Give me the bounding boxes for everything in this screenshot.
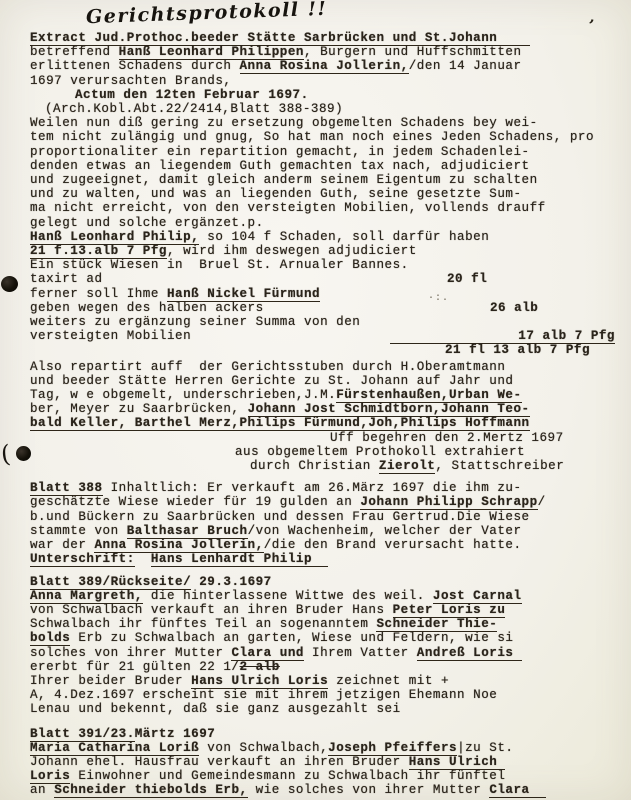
text-segment: denden etwas an liegendem Guth gemachten… (30, 159, 530, 173)
text-segment: stammte von (30, 524, 127, 538)
section-schaden-rechnung: Hanß Leonhard Philip, so 104 f Schaden, … (30, 230, 625, 358)
ink-blob-icon (16, 446, 31, 461)
document-line: Maria Catharina Loriß von Schwalbach,Jos… (30, 741, 625, 755)
text-segment: Schwalbach ihr fünftes Teil an sogenannt… (30, 617, 376, 631)
document-line: Blatt 388 Inhaltlich: Er verkauft am 26.… (30, 481, 625, 495)
text-segment: ber, Meyer zu Saarbrücken, (30, 402, 248, 416)
text-segment: Lenau und bekennt, daß sie ganz ausgezah… (30, 702, 401, 716)
ink-blob-icon (1, 276, 18, 292)
text-segment: Maria Catharina Loriß (30, 741, 199, 756)
document-line: versteigten Mobilien17 alb 7 Pfg (30, 329, 625, 343)
text-segment: weiters zu ergänzung seiner Summa von de… (30, 315, 360, 329)
document-line: und zu walten, und was an liegenden Guth… (30, 187, 625, 201)
text-segment: aus obgemeltem Prothokoll extrahiert (235, 445, 525, 459)
text-segment: Rückseite/ (111, 575, 192, 590)
handwritten-paren-mark: ( (0, 440, 12, 469)
text-segment: Anna Rosina Jollerin, (240, 59, 409, 74)
text-segment: Erb zu Schwalbach an garten, Wiese und F… (70, 631, 513, 645)
text-segment: , Stattschreiber (435, 459, 564, 473)
text-segment: tem nicht zulängig und gnug, So hat man … (30, 130, 594, 144)
document-line: bolds Erb zu Schwalbach an garten, Wiese… (30, 631, 625, 645)
text-segment: Anna Rosina Jollerin, (94, 538, 263, 553)
text-segment: Peter Loris zu (393, 603, 506, 618)
document-line: stammte von Balthasar Bruch/von Wachenhe… (30, 524, 625, 538)
text-segment: ferner soll Ihme (30, 287, 167, 301)
document-line: Unterschrift: Hans Lenhardt Philip (30, 552, 625, 566)
text-segment: Balthasar Bruch (127, 524, 248, 539)
text-segment: Tag, w e obgemelt, underschrieben,J.M. (30, 388, 336, 402)
document-line: ma nicht erreicht, von den versteigten M… (30, 201, 625, 215)
document-line: Extract Jud.Prothoc.beeder Stätte Sarbrü… (30, 31, 625, 45)
text-segment: Loris (30, 769, 70, 784)
text-segment: 1697 verursachten Brands, (30, 74, 231, 88)
document-line: bald Keller, Barthel Merz,Philips Fürmun… (30, 416, 625, 430)
document-line: ererbt für 21 gülten 22 1/2 alb (30, 660, 625, 674)
document-line: gelegt und solche ergänzet.p. (30, 216, 625, 230)
text-segment: bald Keller, Barthel Merz,Philips Fürmun… (30, 416, 530, 431)
document-line: denden etwas an liegendem Guth gemachten… (30, 159, 625, 173)
text-segment: / (538, 495, 546, 509)
document-line: b.und Bückern zu Saarbrücken und dessen … (30, 510, 625, 524)
handwritten-title: Gerichtsprotokoll !! (86, 0, 328, 28)
document-line: Weilen nun diß gering zu ersetzung obgem… (30, 116, 625, 130)
document-line: Blatt 389/Rückseite/ 29.3.1697 (30, 575, 625, 589)
text-segment: A, 4.Dez.1697 erscheint sie mit ihrem je… (30, 688, 497, 702)
text-segment: Jost Carnal (433, 589, 522, 604)
text-segment: Schneider Thie- (376, 617, 497, 632)
section-blatt-388: Blatt 388 Inhaltlich: Er verkauft am 26.… (30, 481, 625, 566)
text-segment (135, 552, 151, 566)
text-segment: Joseph Pfeiffers (328, 741, 457, 756)
document-line: 21 f.13.alb 7 Pfg, wird ihm deswegen adj… (30, 244, 625, 258)
document-line: geben wegen des halben ackers26 alb (30, 301, 625, 315)
text-segment: Einwohner und Gemeindesmann zu Schwalbac… (70, 769, 505, 783)
section-unterschriften: Also repartirt auff der Gerichtsstuben d… (30, 360, 625, 474)
text-segment: Hanß Leonhard Philippen (119, 45, 304, 60)
text-segment: geben wegen des halben ackers (30, 301, 264, 315)
section-blatt-391: Blatt 391/23.Märtz 1697Maria Catharina L… (30, 727, 625, 798)
text-segment: Uff begehren den 2.Mertz 1697 (330, 431, 564, 445)
text-segment: (Arch.Kobl.Abt.22/2414,Blatt 388-389) (45, 102, 343, 116)
document-line: und beeder Stätte Herren Gerichte zu St.… (30, 374, 625, 388)
text-segment: Johann ehel. Hausfrau verkauft an ihren … (30, 755, 409, 769)
text-segment: /den 14 Januar (409, 59, 522, 73)
document-line: Lenau und bekennt, daß sie ganz ausgezah… (30, 702, 625, 716)
document-line: Actum den 12ten Februar 1697. (30, 88, 625, 102)
document-line: geschätzte Wiese wieder für 19 gulden an… (30, 495, 625, 509)
text-segment: Zierolt (379, 459, 435, 474)
text-segment: Blatt 391/23. (30, 727, 135, 742)
text-segment: bolds (30, 631, 70, 646)
text-segment: betreffend (30, 45, 119, 59)
document-line: Schwalbach ihr fünftes Teil an sogenannt… (30, 617, 625, 631)
text-segment (513, 646, 521, 661)
text-segment: 29.3.1697 (199, 575, 272, 589)
document-line: war der Anna Rosina Jollerin,/die den Br… (30, 538, 625, 552)
document-line: Hanß Leonhard Philip, so 104 f Schaden, … (30, 230, 625, 244)
text-segment (497, 31, 529, 46)
document-line: durch Christian Zierolt, Stattschreiber (30, 459, 625, 473)
document-line: 1697 verursachten Brands, (30, 74, 625, 88)
text-segment: und zugeeignet, damit gleich anderm sein… (30, 173, 538, 187)
text-segment: Andreß Loris (417, 646, 514, 661)
text-segment: die hinterlassene Wittwe des weil. (143, 589, 433, 603)
text-segment: so 104 f Schaden, soll darfür haben (199, 230, 489, 244)
document-line: aus obgemeltem Prothokoll extrahiert (30, 445, 625, 459)
text-segment: Blatt 389/ (30, 575, 111, 590)
document-line: ber, Meyer zu Saarbrücken, Johann Jost S… (30, 402, 625, 416)
document-line: Loris Einwohner und Gemeindesmann zu Sch… (30, 769, 625, 783)
document-line: und zugeeignet, damit gleich anderm sein… (30, 173, 625, 187)
text-segment: geschätzte Wiese wieder für 19 gulden an (30, 495, 360, 509)
text-segment: Hans Lenhardt Philip (151, 552, 312, 567)
text-segment: Clara und (231, 646, 304, 661)
text-segment: b.und Bückern zu Saarbrücken und dessen … (30, 510, 530, 524)
document-page: Gerichtsprotokoll !! Extract Jud.Prothoc… (0, 0, 631, 800)
document-line: an Schneider thiebolds Erb, wie solches … (30, 783, 625, 797)
document-line: Johann ehel. Hausfrau verkauft an ihren … (30, 755, 625, 769)
text-segment: |zu St. (457, 741, 513, 755)
text-segment: versteigten Mobilien (30, 329, 191, 343)
document-line: Anna Margreth, die hinterlassene Wittwe … (30, 589, 625, 603)
text-segment (497, 755, 505, 770)
text-segment (530, 783, 546, 798)
text-segment: Extract Jud.Prothoc.beeder Stätte Sarbrü… (30, 31, 497, 46)
text-segment: Hanß Nickel Fürmund (167, 287, 320, 302)
text-segment: , wird ihm deswegen adjudiciert (167, 244, 417, 258)
text-segment (312, 552, 328, 567)
document-line: A, 4.Dez.1697 erscheint sie mit ihrem je… (30, 688, 625, 702)
text-segment: , Burgern und Huffschmitten (304, 45, 522, 59)
document-line: proportionaliter ein repartition gemacht… (30, 145, 625, 159)
text-segment: Hanß Leonhard Philip, (30, 230, 199, 245)
text-segment: erlittenen Schadens durch (30, 59, 240, 73)
document-line: betreffend Hanß Leonhard Philippen, Burg… (30, 45, 625, 59)
section-blatt-389-rueckseite: Blatt 389/Rückseite/ 29.3.1697Anna Margr… (30, 575, 625, 717)
text-segment: an (30, 783, 54, 797)
text-segment: zeichnet mit + (328, 674, 449, 688)
text-segment: Unterschrift: (30, 552, 135, 567)
document-line: von Schwalbach verkauft an ihren Bruder … (30, 603, 625, 617)
text-segment: Clara (489, 783, 529, 798)
text-segment: /die den Brand verursacht hatte. (264, 538, 522, 552)
text-segment: Actum den 12ten Februar 1697. (75, 88, 309, 102)
text-segment: Hans Ulrich Loris (191, 674, 328, 689)
text-segment: Märtz 1697 (135, 727, 216, 741)
document-line: solches von ihrer Mutter Clara und Ihrem… (30, 646, 625, 660)
document-line: Ein stück Wiesen in Bruel St. Arnualer B… (30, 258, 625, 272)
section-repartition-text: Weilen nun diß gering zu ersetzung obgem… (30, 116, 625, 230)
text-segment: proportionaliter ein repartition gemacht… (30, 145, 530, 159)
text-segment: von Schwalbach verkauft an ihren Bruder … (30, 603, 393, 617)
document-line: Blatt 391/23.Märtz 1697 (30, 727, 625, 741)
text-segment: Ihrem Vatter (304, 646, 417, 660)
text-segment: durch Christian (250, 459, 379, 473)
text-segment: Anna Margreth, (30, 589, 143, 604)
amount: 20 fl (447, 272, 487, 286)
text-segment: und zu walten, und was an liegenden Guth… (30, 187, 522, 201)
text-segment: Ihrer beider Bruder (30, 674, 191, 688)
amount: 21 fl 13 alb 7 Pfg (445, 343, 590, 357)
text-segment: Johann Philipp Schrapp (360, 495, 537, 510)
text-segment: Ein stück Wiesen in Bruel St. Arnualer B… (30, 258, 409, 272)
text-segment: Fürstenhaußen,Urban We- (336, 388, 521, 403)
text-segment: Inhaltlich: Er verkauft am 26.März 1697 … (103, 481, 522, 495)
amount: 26 alb (490, 301, 538, 315)
text-segment: 2 alb (240, 660, 280, 674)
document-line: Ihrer beider Bruder Hans Ulrich Loris ze… (30, 674, 625, 688)
text-segment: gelegt und solche ergänzet.p. (30, 216, 264, 230)
document-line: weiters zu ergänzung seiner Summa von de… (30, 315, 625, 329)
text-segment: ma nicht erreicht, von den versteigten M… (30, 201, 546, 215)
document-line: tem nicht zulängig und gnug, So hat man … (30, 130, 625, 144)
text-segment: Schneider thiebolds Erb, (54, 783, 247, 798)
document-line: (Arch.Kobl.Abt.22/2414,Blatt 388-389) (30, 102, 625, 116)
document-line: 21 fl 13 alb 7 Pfg (30, 343, 625, 357)
document-line: taxirt ad20 fl (30, 272, 625, 286)
text-segment: Also repartirt auff der Gerichtsstuben d… (30, 360, 505, 374)
text-segment (191, 575, 199, 589)
document-line: Uff begehren den 2.Mertz 1697 (30, 431, 625, 445)
text-segment: wie solches von ihrer Mutter (248, 783, 490, 797)
document-body: Extract Jud.Prothoc.beeder Stätte Sarbrü… (30, 31, 625, 798)
ink-smudge: ·:. (428, 293, 449, 304)
text-segment: ererbt für 21 gülten 22 1/ (30, 660, 240, 674)
document-line: erlittenen Schadens durch Anna Rosina Jo… (30, 59, 625, 73)
text-segment: solches von ihrer Mutter (30, 646, 231, 660)
text-segment: und beeder Stätte Herren Gerichte zu St.… (30, 374, 513, 388)
text-segment: /von Wachenheim, welcher der Vater (248, 524, 522, 538)
document-line: Also repartirt auff der Gerichtsstuben d… (30, 360, 625, 374)
text-segment: taxirt ad (30, 272, 103, 286)
text-segment: von Schwalbach, (199, 741, 328, 755)
text-segment: Weilen nun diß gering zu ersetzung obgem… (30, 116, 538, 130)
text-segment: war der (30, 538, 94, 552)
section-kopf: Extract Jud.Prothoc.beeder Stätte Sarbrü… (30, 31, 625, 116)
text-segment: Hans Ulrich (409, 755, 498, 770)
text-segment: 21 f.13.alb 7 Pfg (30, 244, 167, 259)
document-line: Tag, w e obgemelt, underschrieben,J.M.Fü… (30, 388, 625, 402)
document-line: ferner soll Ihme Hanß Nickel Fürmund (30, 287, 625, 301)
